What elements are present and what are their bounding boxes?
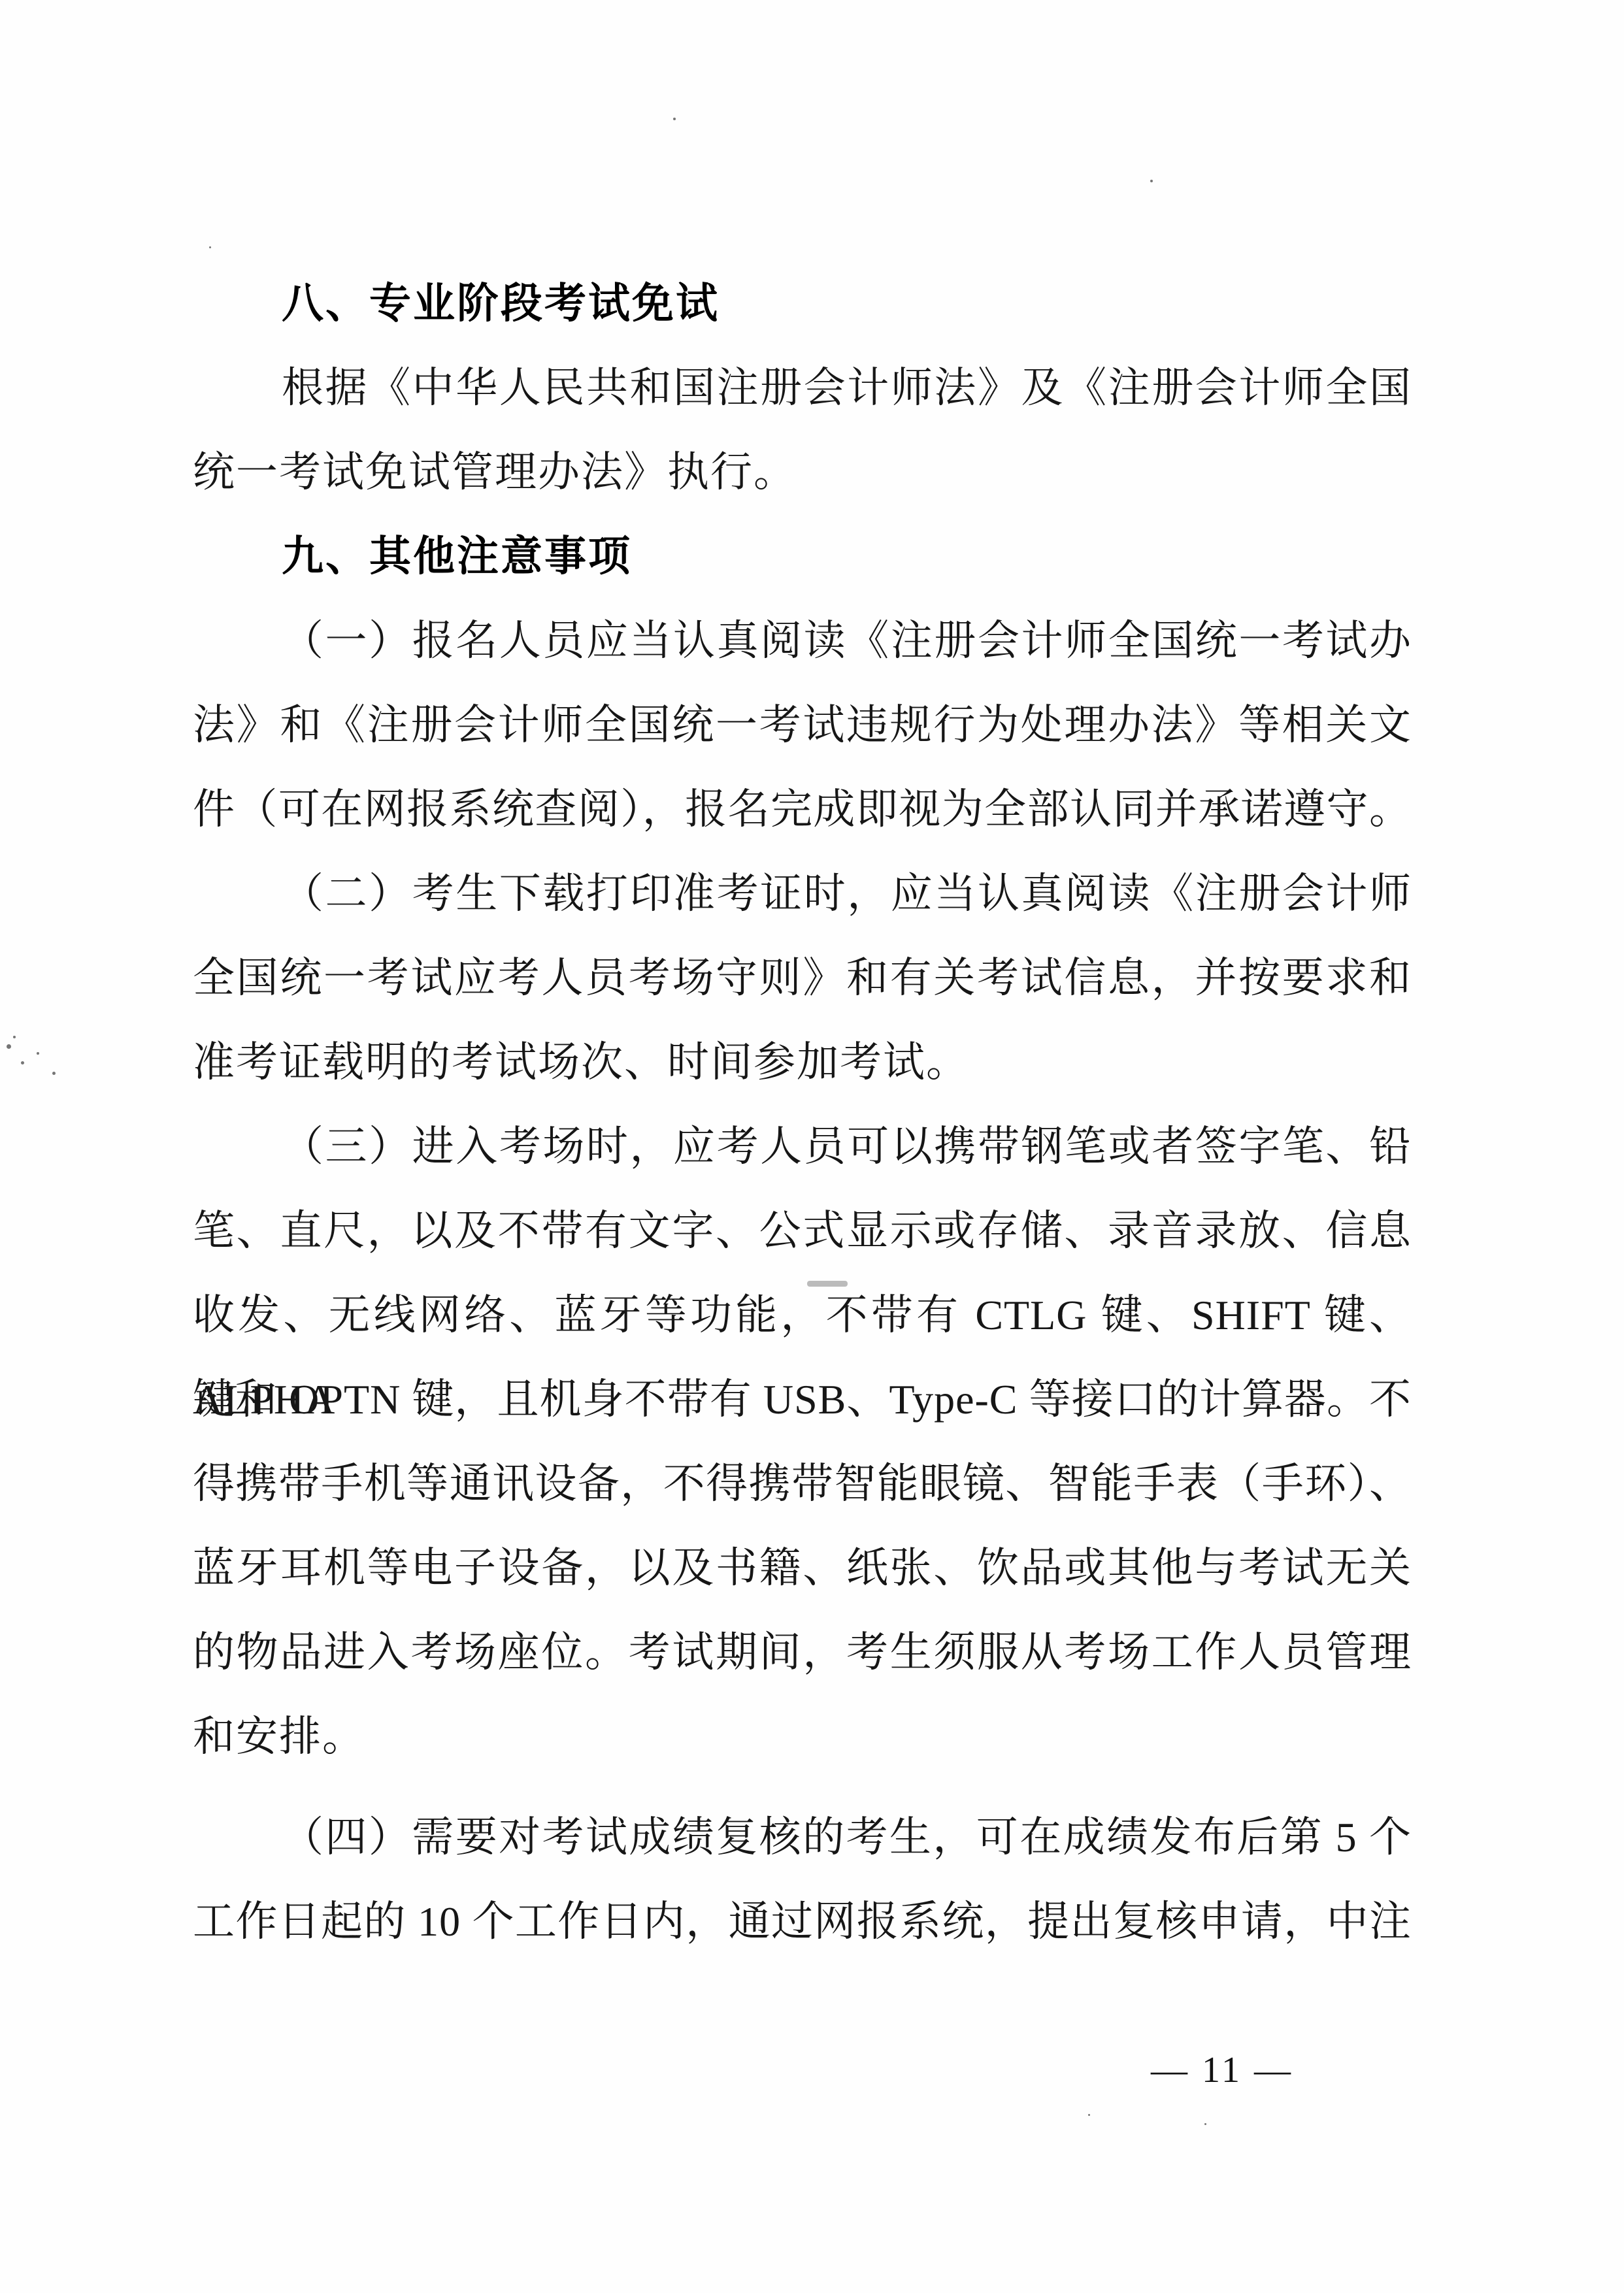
section-heading-9: 九、其他注意事项: [193, 514, 1412, 599]
body-line: 准考证载明的考试场次、时间参加考试。: [193, 1020, 1412, 1104]
scan-speck: [673, 118, 676, 120]
scan-speck: [21, 1061, 24, 1064]
body-line: 得携带手机等通讯设备，不得携带智能眼镜、智能手表（手环）、: [193, 1442, 1412, 1526]
scan-speck: [13, 1036, 16, 1038]
scan-speck: [52, 1072, 56, 1075]
scan-speck: [7, 1044, 11, 1049]
body-line: 和安排。: [193, 1694, 1412, 1779]
body-line: 键和 OPTN 键，且机身不带有 USB、Type-C 等接口的计算器。不: [193, 1357, 1412, 1442]
section-heading-8: 八、专业阶段考试免试: [193, 261, 1412, 346]
page-number: — 11 —: [1137, 2044, 1307, 2096]
body-line: 蓝牙耳机等电子设备，以及书籍、纸张、饮品或其他与考试无关: [193, 1526, 1412, 1610]
body-line: 法》和《注册会计师全国统一考试违规行为处理办法》等相关文: [193, 683, 1412, 767]
document-page: 八、专业阶段考试免试 根据《中华人民共和国注册会计师法》及《注册会计师全国 统一…: [0, 0, 1624, 2293]
text-block: 八、专业阶段考试免试 根据《中华人民共和国注册会计师法》及《注册会计师全国 统一…: [193, 261, 1412, 1964]
scan-speck: [1088, 2114, 1090, 2116]
scan-speck: [1170, 720, 1172, 723]
body-line: （四）需要对考试成绩复核的考生，可在成绩发布后第 5 个: [193, 1795, 1412, 1879]
body-line: 统一考试免试管理办法》执行。: [193, 430, 1412, 514]
body-line: 工作日起的 10 个工作日内，通过网报系统，提出复核申请，中注: [193, 1879, 1412, 1964]
scan-smudge: [807, 1281, 848, 1287]
body-line: 件（可在网报系统查阅），报名完成即视为全部认同并承诺遵守。: [193, 767, 1412, 851]
scan-speck: [37, 1052, 39, 1055]
body-line: （二）考生下载打印准考证时，应当认真阅读《注册会计师: [193, 851, 1412, 936]
scan-speck: [1150, 180, 1153, 182]
body-line: 根据《中华人民共和国注册会计师法》及《注册会计师全国: [193, 346, 1412, 430]
scan-speck: [1204, 2123, 1206, 2125]
body-line: 笔、直尺，以及不带有文字、公式显示或存储、录音录放、信息: [193, 1189, 1412, 1273]
body-line: 的物品进入考场座位。考试期间，考生须服从考场工作人员管理: [193, 1610, 1412, 1694]
body-line: （一）报名人员应当认真阅读《注册会计师全国统一考试办: [193, 599, 1412, 683]
body-line: （三）进入考场时，应考人员可以携带钢笔或者签字笔、铅: [193, 1104, 1412, 1189]
scan-speck: [209, 246, 211, 248]
body-line: 全国统一考试应考人员考场守则》和有关考试信息，并按要求和: [193, 936, 1412, 1020]
body-line: 收发、无线网络、蓝牙等功能，不带有 CTLG 键、SHIFT 键、ALPHA: [193, 1273, 1412, 1357]
